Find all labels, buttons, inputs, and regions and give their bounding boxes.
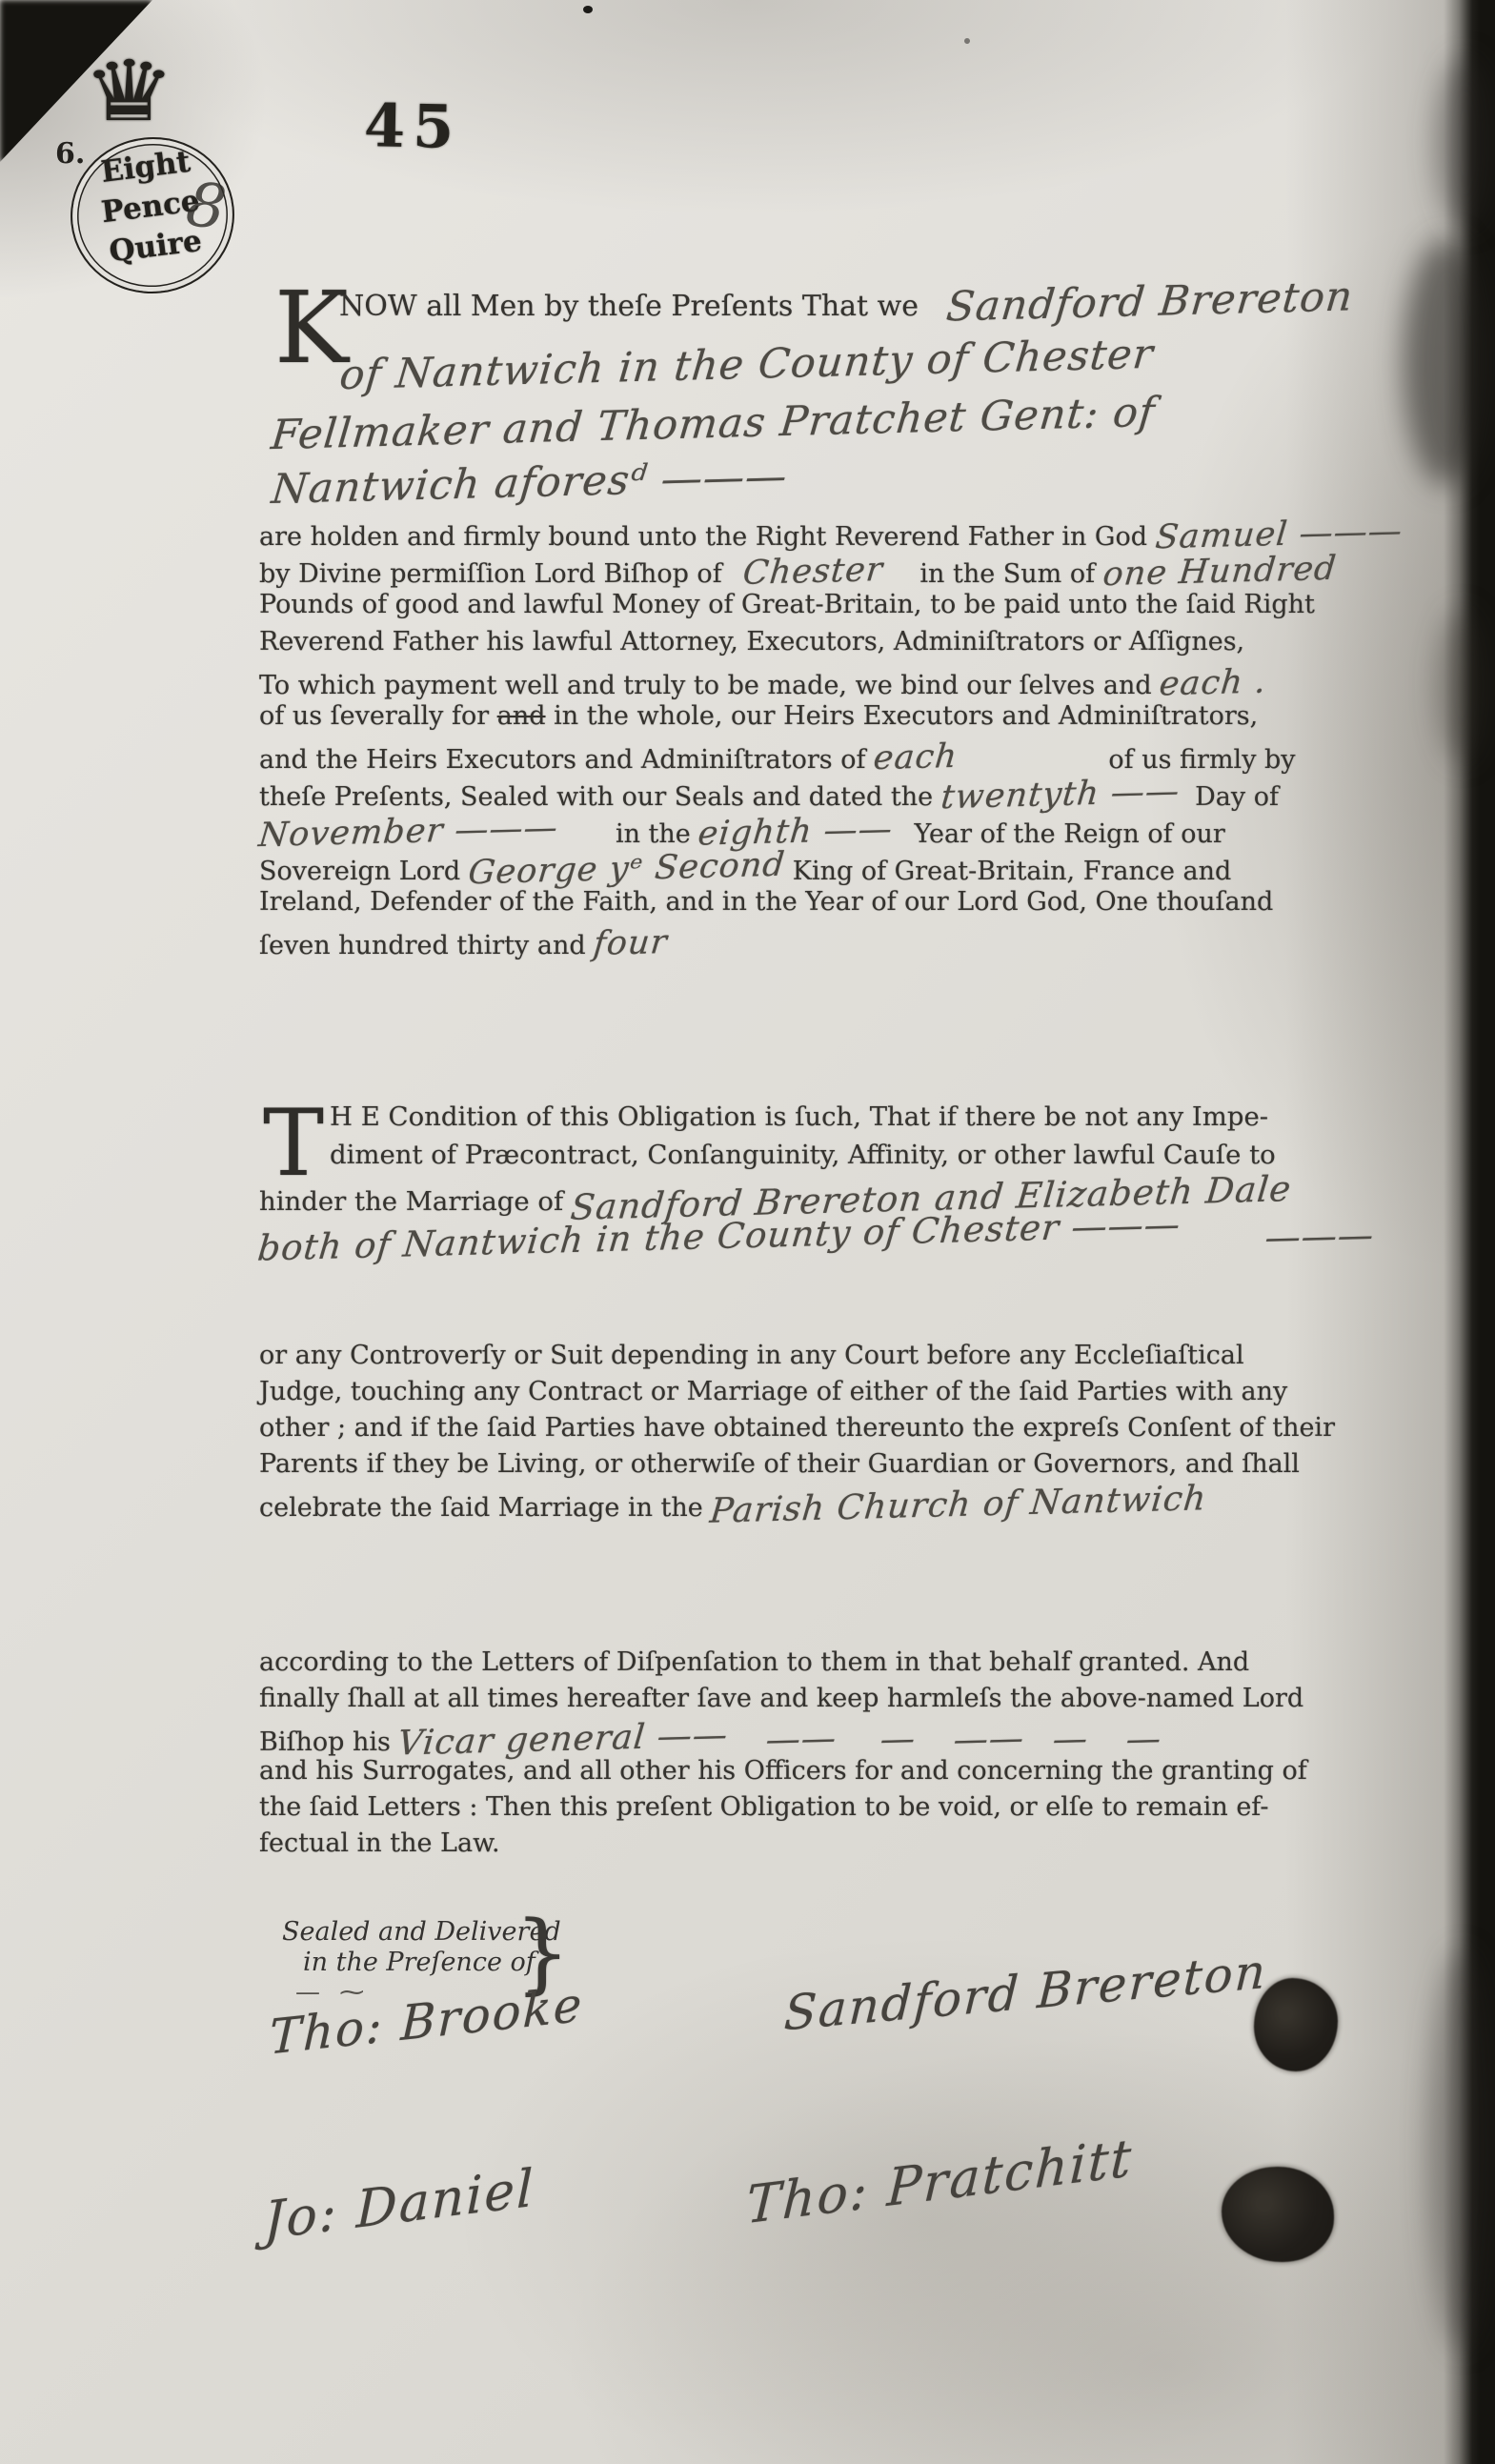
revenue-stamp: ♛ Eight Pence Quire 6. 8 [55, 50, 265, 307]
handwritten-text: — [879, 1720, 918, 1760]
handwritten-text: ——— [1263, 1215, 1375, 1259]
wax-seal [1254, 1978, 1338, 2071]
handwritten-text: — [1124, 1720, 1163, 1760]
text-line: Pounds of good and lawful Money of Great… [259, 590, 1460, 627]
printed-text: according to the Letters of Diſpenſation… [259, 1647, 1249, 1677]
text-line: Parents if they be Living, or otherwiſe … [259, 1449, 1460, 1485]
printed-text: in the whole, our Heirs Executors and Ad… [546, 701, 1259, 731]
text-line: NOW all Men by theſe Preſents That we Sa… [339, 278, 1495, 337]
text-line: Reverend Father his lawful Attorney, Exe… [259, 627, 1460, 664]
handwritten-text: each . [1158, 663, 1268, 704]
handwritten-text: four [592, 923, 669, 963]
printed-text: Parents if they be Living, or otherwiſe … [259, 1449, 1300, 1479]
text-line: Nantwich aforesᵈ ——— [273, 459, 1495, 518]
crown-icon: ♛ [82, 50, 176, 133]
printed-text: the ſaid Letters : Then this preſent Obl… [259, 1792, 1268, 1822]
text-line: of us ſeverally for and in the whole, ou… [259, 701, 1460, 738]
printed-text: and the Heirs Executors and Adminiſtrato… [259, 745, 874, 775]
text-line: November ——— in the eighth —— Year of th… [259, 813, 1460, 850]
intro-paragraph: NOW all Men by theſe Preſents That we Sa… [257, 278, 1495, 518]
printed-text: Ireland, Defender of the Faith, and in t… [259, 887, 1273, 917]
ink-smudge [1428, 1949, 1495, 2350]
handwritten-text: November ——— [257, 809, 560, 855]
text-line: finally ſhall at all times hereafter ſav… [259, 1684, 1460, 1720]
text-line: both of Nantwich in the County of Cheste… [259, 1216, 1460, 1254]
printed-text: King of Great-Britain, France and [784, 857, 1231, 886]
printed-text: To which payment well and truly to be ma… [259, 671, 1160, 700]
printed-text: Day of [1187, 782, 1279, 812]
printed-text: theſe Preſents, Sealed with our Seals an… [259, 782, 941, 812]
printed-text: fectual in the Law. [259, 1828, 500, 1858]
text-line: celebrate the ſaid Marriage in the Paris… [259, 1485, 1460, 1522]
text-line: Sovereign Lord George yᵉ Second King of … [259, 850, 1460, 887]
handwritten-text: one Hundred [1101, 550, 1338, 594]
stamp-corner-mark: 6. [55, 137, 85, 171]
witness-signature: Jo: Daniel [264, 2157, 535, 2252]
printed-text: or any Controverſy or Suit depending in … [259, 1341, 1244, 1370]
text-line: or any Controverſy or Suit depending in … [259, 1341, 1460, 1377]
printed-text: by Divine permiſſion Lord Biſhop of [259, 559, 730, 589]
text-line: of Nantwich in the County of Chester [341, 341, 1495, 400]
handwritten-text: Sandford Brereton [944, 273, 1355, 331]
struck-text: and [497, 701, 546, 731]
handwritten-text: Nantwich aforesᵈ ——— [270, 453, 790, 514]
handwritten-text: Parish Church of Nantwich [709, 1479, 1209, 1531]
printed-text: H E Condition of this Obligation is ſuch… [330, 1101, 1268, 1132]
obligation-paragraph: are holden and firmly bound unto the Rig… [259, 515, 1460, 961]
printed-text: of us firmly by [1101, 745, 1296, 775]
text-line: ſeven hundred thirty and four [259, 924, 1460, 961]
text-line: To which payment well and truly to be ma… [259, 664, 1460, 701]
obligor-signature: Sandford Brereton [782, 1944, 1268, 2042]
folio-number: 45 [363, 91, 462, 162]
printed-text: Judge, touching any Contract or Marriage… [259, 1377, 1287, 1406]
text-line: are holden and firmly bound unto the Rig… [259, 515, 1460, 553]
text-line: Judge, touching any Contract or Marriage… [259, 1377, 1460, 1413]
handwritten-text: Samuel ——— [1153, 513, 1404, 557]
printed-text: Year of the Reign of our [906, 819, 1225, 849]
handwritten-text: —— [952, 1719, 1026, 1760]
printed-text: diment of Præcontract, Conſanguinity, Af… [330, 1140, 1276, 1170]
printed-text: of us ſeverally for [259, 701, 497, 731]
handwritten-text: George yᵉ Second [466, 846, 786, 893]
printed-text: hinder the Marriage of [259, 1186, 572, 1217]
text-line: by Divine permiſſion Lord Biſhop of Ches… [259, 553, 1460, 590]
printed-text: celebrate the ſaid Marriage in the [259, 1493, 711, 1523]
text-line: Biſhop his Vicar general ————————— [259, 1720, 1460, 1756]
handwritten-text: Chester [741, 551, 885, 593]
text-line: other ; and if the ſaid Parties have obt… [259, 1413, 1460, 1449]
printed-text: in the [607, 819, 698, 849]
text-line: Ireland, Defender of the Faith, and in t… [259, 887, 1460, 924]
ink-speck [583, 6, 593, 13]
text-line: the ſaid Letters : Then this preſent Obl… [259, 1792, 1460, 1828]
text-line: H E Condition of this Obligation is ſuch… [330, 1101, 1460, 1140]
text-line: and the Heirs Executors and Adminiſtrato… [259, 738, 1460, 776]
obligor-signature: Tho: Pratchitt [745, 2128, 1135, 2236]
handwritten-text: —— [764, 1719, 838, 1760]
marriage-bond-document: ♛ Eight Pence Quire 6. 8 45 K NOW all Me… [0, 0, 1495, 2464]
printed-text: finally ſhall at all times hereafter ſav… [259, 1684, 1303, 1713]
handwritten-text: Fellmaker and Thomas Pratchet Gent: of [269, 389, 1157, 459]
printed-text: in the Sum of [912, 559, 1103, 589]
handwritten-text: — [1051, 1720, 1090, 1760]
text-line: hinder the Marriage of Sandford Brereton… [259, 1178, 1460, 1216]
printed-text: Sovereign Lord [259, 857, 469, 886]
printed-text: ſeven hundred thirty and [259, 931, 594, 960]
printed-text: NOW all Men by theſe Preſents That we [339, 290, 928, 323]
printed-text: Pounds of good and lawful Money of Great… [259, 590, 1315, 619]
condition-paragraph: H E Condition of this Obligation is ſuch… [259, 1101, 1460, 1254]
ink-speck [964, 38, 970, 44]
dispensation-paragraph: according to the Letters of Diſpenſation… [259, 1647, 1460, 1865]
text-line: according to the Letters of Diſpenſation… [259, 1647, 1460, 1684]
handwritten-text: twentyth —— [939, 773, 1181, 818]
text-line: fectual in the Law. [259, 1828, 1460, 1865]
handwritten-text: each [872, 737, 960, 778]
printed-text: other ; and if the ſaid Parties have obt… [259, 1413, 1335, 1443]
printed-text: Biſhop his [259, 1727, 398, 1757]
wax-seal [1222, 2167, 1334, 2262]
ink-smudge [1436, 57, 1493, 229]
printed-text: are holden and firmly bound unto the Rig… [259, 522, 1156, 552]
printed-text: Reverend Father his lawful Attorney, Exe… [259, 627, 1244, 656]
handwritten-text: of Nantwich in the County of Chester [337, 331, 1155, 399]
text-line: theſe Preſents, Sealed with our Seals an… [259, 776, 1460, 813]
text-line: Fellmaker and Thomas Pratchet Gent: of [273, 400, 1495, 459]
controversy-paragraph: or any Controverſy or Suit depending in … [259, 1341, 1460, 1522]
